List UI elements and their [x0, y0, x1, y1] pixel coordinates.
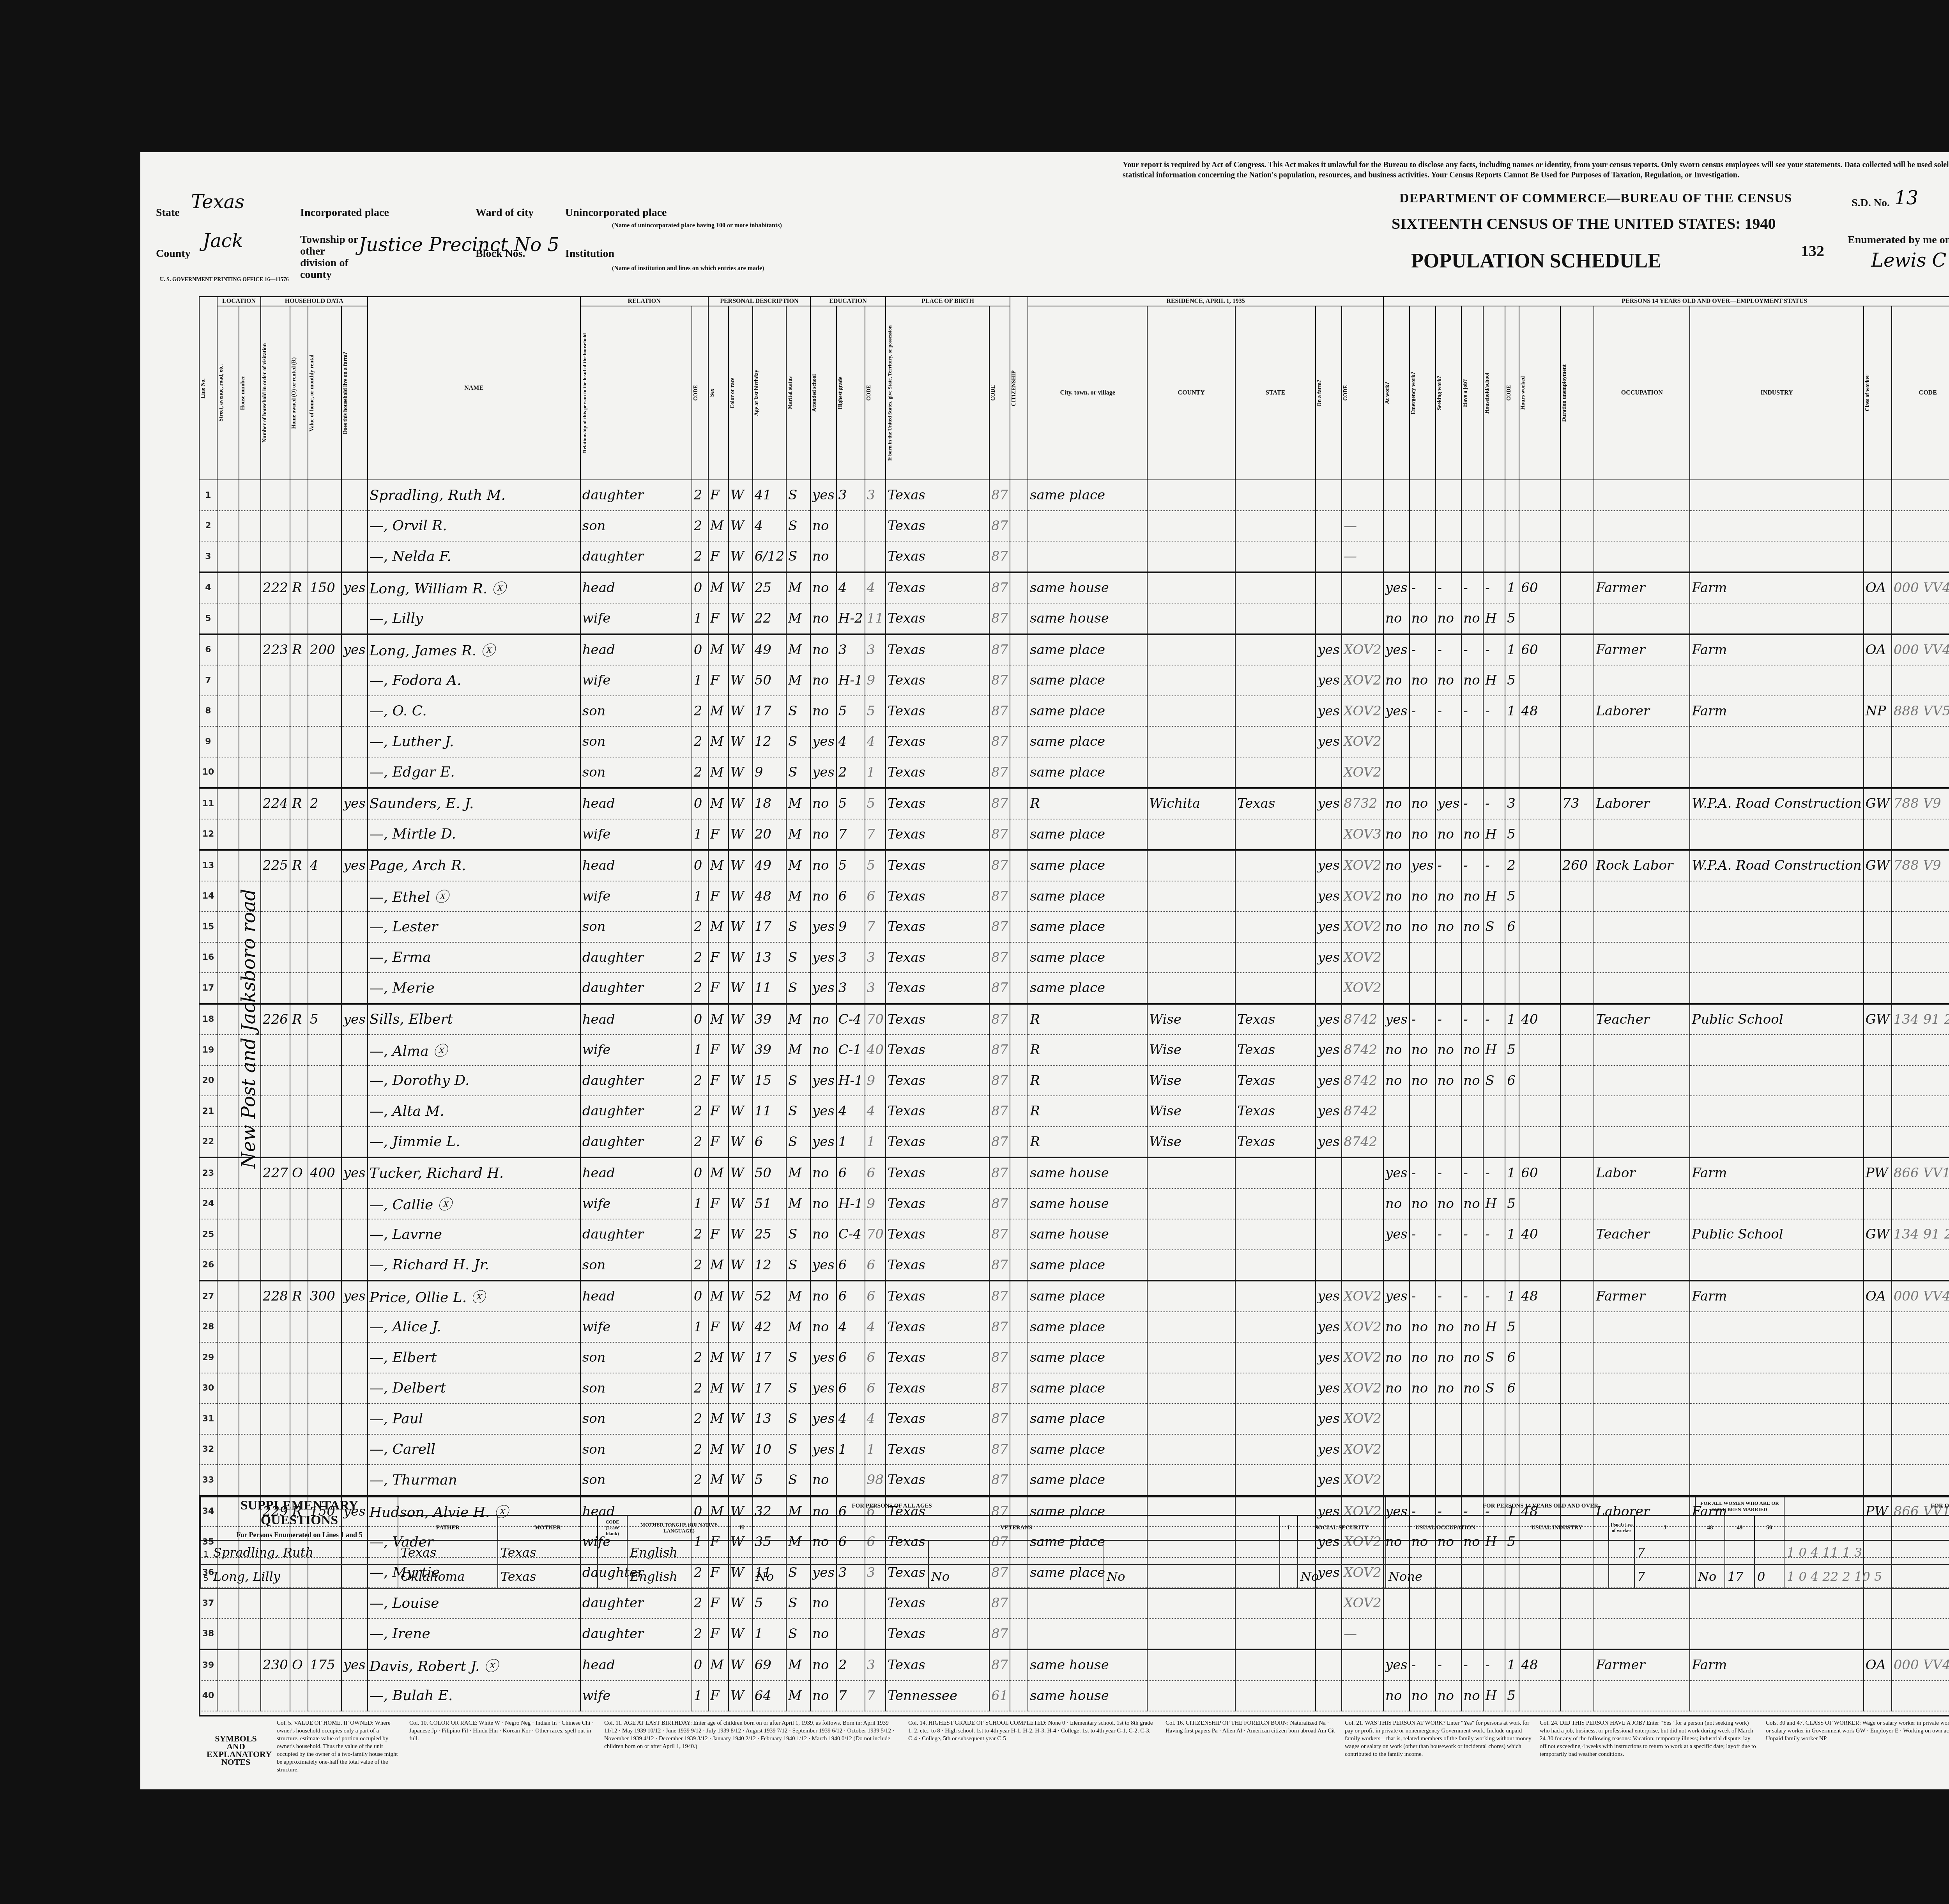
suppl-row: 5Long, LillyOklahomaTexasEnglishNoNoNoNo…: [201, 1564, 1949, 1589]
explanatory-notes: SYMBOLS AND EXPLANATORY NOTES Col. 5. VA…: [199, 1719, 1949, 1782]
cell-race: W: [729, 850, 753, 881]
cell-c21: [1383, 511, 1410, 541]
cell-d: XOV2: [1342, 1373, 1383, 1404]
cell-value: [308, 819, 341, 850]
cell-dur: [1560, 480, 1594, 511]
cell-county: [1147, 1465, 1235, 1496]
cell-race: W: [729, 788, 753, 819]
cell-rel: head: [580, 1004, 692, 1035]
cell-mar: S: [786, 1219, 810, 1250]
cell-res: R: [1028, 1127, 1147, 1158]
cell-farm35: yes: [1316, 1342, 1342, 1373]
cell-occ: Farmer: [1594, 1281, 1690, 1312]
cell-farm35: yes: [1316, 881, 1342, 912]
state-label: State: [156, 207, 180, 219]
suppl-cell-c41: No: [1104, 1564, 1280, 1589]
cell-value: [308, 603, 341, 634]
suppl-all-ages: FOR PERSONS OF ALL AGES: [398, 1497, 1386, 1515]
cell-cit: [1010, 1403, 1028, 1434]
cell-bcode: [865, 511, 886, 541]
cell-c21: no: [1383, 850, 1410, 881]
cell-c24: [1461, 1465, 1483, 1496]
cell-rel: son: [580, 1250, 692, 1281]
cell-value: [308, 696, 341, 727]
cell-cls: [1864, 819, 1892, 850]
cell-res: same place: [1028, 911, 1147, 942]
cell-own: [290, 1189, 308, 1219]
cell-age: 42: [753, 1312, 786, 1343]
cell-c22: -: [1410, 1004, 1436, 1035]
cell-cls: GW: [1864, 850, 1892, 881]
cell-farm35: yes: [1316, 1004, 1342, 1035]
line-number: 11: [199, 788, 217, 819]
cell-code: 1: [692, 665, 708, 696]
line-number: 29: [199, 1342, 217, 1373]
cell-farm35: yes: [1316, 1035, 1342, 1065]
cell-name: Saunders, E. J.: [368, 788, 580, 819]
cell-farm: [341, 757, 368, 788]
cell-sch: no: [810, 1157, 837, 1189]
cell-c25: -: [1483, 850, 1505, 881]
cell-mar: S: [786, 1096, 810, 1127]
cell-sch: no: [810, 881, 837, 912]
cell-farm: [341, 881, 368, 912]
cell-ccode: 87: [989, 942, 1010, 973]
cell-dur: [1560, 634, 1594, 665]
cell-house: [239, 696, 261, 727]
cell-cit: [1010, 788, 1028, 819]
cell-code: 2: [692, 1096, 708, 1127]
cell-occ: [1594, 1403, 1690, 1434]
cell-county: [1147, 1157, 1235, 1189]
cell-occ: [1594, 1312, 1690, 1343]
cell-sex: M: [708, 572, 729, 603]
cell-mar: S: [786, 911, 810, 942]
cell-res: R: [1028, 1096, 1147, 1127]
cell-sex: M: [708, 1373, 729, 1404]
cell-c25: H: [1483, 665, 1505, 696]
cell-ind: [1690, 942, 1863, 973]
cell-d: XOV2: [1342, 942, 1383, 973]
cell-value: [308, 1250, 341, 1281]
notes-title: SYMBOLS AND EXPLANATORY NOTES: [207, 1735, 265, 1766]
cell-occ: Teacher: [1594, 1219, 1690, 1250]
cell-cls: [1864, 541, 1892, 572]
cell-c24: [1461, 726, 1483, 757]
cell-dwell: [261, 1035, 290, 1065]
cell-own: [290, 1342, 308, 1373]
cell-rel: head: [580, 788, 692, 819]
cell-grade: 6: [837, 1157, 865, 1189]
cell-race: W: [729, 911, 753, 942]
cell-name: —, Dorothy D.: [368, 1065, 580, 1096]
cell-code: 0: [692, 850, 708, 881]
cell-c21: [1383, 757, 1410, 788]
cell-age: 13: [753, 1403, 786, 1434]
census-title: SIXTEENTH CENSUS OF THE UNITED STATES: 1…: [1392, 214, 1776, 233]
cell-cit: [1010, 911, 1028, 942]
cell-c24: [1461, 1403, 1483, 1434]
cell-sex: M: [708, 511, 729, 541]
suppl-cell-cls: [1609, 1540, 1634, 1564]
cell-c21: yes: [1383, 1004, 1410, 1035]
cell-age: 5: [753, 1465, 786, 1496]
cell-ccode: 87: [989, 1250, 1010, 1281]
cell-rel: daughter: [580, 1065, 692, 1096]
cell-rel: wife: [580, 819, 692, 850]
cell-sch: no: [810, 634, 837, 665]
cell-county: [1147, 1281, 1235, 1312]
cell-c25: -: [1483, 1004, 1505, 1035]
cell-c22: no: [1410, 1035, 1436, 1065]
cell-mar: S: [786, 942, 810, 973]
cell-f: [1892, 1373, 1949, 1404]
cell-c24: [1461, 1096, 1483, 1127]
cell-farm: [341, 1312, 368, 1343]
cell-bcode: 6: [865, 1342, 886, 1373]
suppl-cell-tongue: English: [627, 1540, 731, 1564]
cell-c24: no: [1461, 1035, 1483, 1065]
cell-sch: yes: [810, 1434, 837, 1465]
cell-farm: [341, 665, 368, 696]
cell-bcode: 6: [865, 1250, 886, 1281]
cell-birth: Texas: [886, 1004, 989, 1035]
cell-c22: [1410, 757, 1436, 788]
cell-hrs: [1519, 603, 1560, 634]
cell-c23: no: [1436, 1035, 1462, 1065]
cell-bcode: 6: [865, 881, 886, 912]
cell-c24: [1461, 757, 1483, 788]
cell-cit: [1010, 1157, 1028, 1189]
table-row: 13225R4yesPage, Arch R.head0MW49Mno55Tex…: [199, 850, 1949, 881]
cell-code: 1: [692, 1312, 708, 1343]
cell-e: 5: [1505, 881, 1519, 912]
cell-c23: no: [1436, 1065, 1462, 1096]
cell-rel: wife: [580, 665, 692, 696]
cell-age: 17: [753, 1373, 786, 1404]
cell-birth: Texas: [886, 911, 989, 942]
cell-farm35: yes: [1316, 1065, 1342, 1096]
cell-own: [290, 1465, 308, 1496]
cell-street: [217, 1065, 239, 1096]
line-number: 12: [199, 819, 217, 850]
cell-own: R: [290, 634, 308, 665]
line-number: 13: [199, 850, 217, 881]
cell-sex: F: [708, 480, 729, 511]
birth-header: PLACE OF BIRTH: [886, 297, 1010, 306]
cell-dwell: 227: [261, 1157, 290, 1189]
cell-sex: F: [708, 541, 729, 572]
cell-dwell: [261, 603, 290, 634]
cell-dwell: 225: [261, 850, 290, 881]
cell-c21: [1383, 1127, 1410, 1158]
table-row: 19—, Alma ⓧwife1FW39MnoC-140Texas87RWise…: [199, 1035, 1949, 1065]
cell-sex: F: [708, 881, 729, 912]
cell-c25: S: [1483, 1065, 1505, 1096]
cell-sch: no: [810, 1189, 837, 1219]
cell-dur: [1560, 1189, 1594, 1219]
cell-rel: son: [580, 726, 692, 757]
suppl-title: SUPPLEMENTARY QUESTIONS For Persons Enum…: [201, 1497, 398, 1540]
cell-c22: -: [1410, 572, 1436, 603]
cell-c25: H: [1483, 1035, 1505, 1065]
cell-dur: [1560, 603, 1594, 634]
cell-ccode: 87: [989, 1434, 1010, 1465]
cell-county: [1147, 480, 1235, 511]
cell-grade: 2: [837, 757, 865, 788]
cell-ccode: 87: [989, 1403, 1010, 1434]
cell-name: —, Luther J.: [368, 726, 580, 757]
cell-code: 0: [692, 1281, 708, 1312]
cell-d: 8742: [1342, 1096, 1383, 1127]
cell-sch: no: [810, 1281, 837, 1312]
line-number: 9: [199, 726, 217, 757]
cell-c24: no: [1461, 1373, 1483, 1404]
cell-mar: M: [786, 1035, 810, 1065]
cell-st: Texas: [1235, 1127, 1316, 1158]
cell-c23: -: [1436, 1004, 1462, 1035]
cell-sch: no: [810, 1035, 837, 1065]
cell-hrs: [1519, 1250, 1560, 1281]
cell-c25: [1483, 1434, 1505, 1465]
suppl-cell-c42: [1298, 1540, 1386, 1564]
suppl-cell-c40: No: [929, 1564, 1104, 1589]
cell-dwell: [261, 1127, 290, 1158]
cell-birth: Texas: [886, 1434, 989, 1465]
cell-birth: Texas: [886, 665, 989, 696]
cell-f: 866 VV1: [1892, 1157, 1949, 1189]
cell-ind: [1690, 480, 1863, 511]
cell-res: same place: [1028, 1373, 1147, 1404]
cell-mar: M: [786, 1004, 810, 1035]
table-row: 15—, Lesterson2MW17Syes97Texas87same pla…: [199, 911, 1949, 942]
cell-ind: [1690, 819, 1863, 850]
cell-dwell: [261, 911, 290, 942]
cell-race: W: [729, 1281, 753, 1312]
cell-c24: -: [1461, 1281, 1483, 1312]
cell-cit: [1010, 1096, 1028, 1127]
cell-grade: 6: [837, 1373, 865, 1404]
cell-name: —, Carell: [368, 1434, 580, 1465]
cell-res: R: [1028, 1035, 1147, 1065]
cell-street: [217, 1004, 239, 1035]
table-row: 7—, Fodora A.wife1FW50MnoH-19Texas87same…: [199, 665, 1949, 696]
cell-own: [290, 1403, 308, 1434]
cell-st: [1235, 881, 1316, 912]
cell-mar: S: [786, 696, 810, 727]
cell-farm35: [1316, 541, 1342, 572]
line-number: 21: [199, 1096, 217, 1127]
cell-dwell: 228: [261, 1281, 290, 1312]
cell-bcode: 4: [865, 1403, 886, 1434]
personal-header: PERSONAL DESCRIPTION: [708, 297, 810, 306]
cell-bcode: 4: [865, 726, 886, 757]
cell-own: [290, 480, 308, 511]
cell-c22: -: [1410, 1281, 1436, 1312]
cell-c22: [1410, 942, 1436, 973]
cell-bcode: 4: [865, 1312, 886, 1343]
cell-farm35: yes: [1316, 1403, 1342, 1434]
cell-e: [1505, 1127, 1519, 1158]
cell-d: XOV2: [1342, 1403, 1383, 1434]
cell-race: W: [729, 1157, 753, 1189]
cell-cls: OA: [1864, 572, 1892, 603]
cell-c23: -: [1436, 1157, 1462, 1189]
cell-sex: F: [708, 819, 729, 850]
line-number: 16: [199, 942, 217, 973]
line-number: 7: [199, 665, 217, 696]
cell-sch: yes: [810, 1065, 837, 1096]
suppl-cell-father: Texas: [398, 1540, 498, 1564]
cell-e: 5: [1505, 819, 1519, 850]
cell-e: 1: [1505, 1157, 1519, 1189]
cell-cit: [1010, 1065, 1028, 1096]
cell-c23: [1436, 942, 1462, 973]
cell-st: [1235, 511, 1316, 541]
cell-age: 39: [753, 1004, 786, 1035]
cell-ind: [1690, 1373, 1863, 1404]
table-row: 16—, Ermadaughter2FW13Syes33Texas87same …: [199, 942, 1949, 973]
cell-race: W: [729, 1434, 753, 1465]
cell-dwell: 223: [261, 634, 290, 665]
cell-hrs: [1519, 1373, 1560, 1404]
cell-code: 2: [692, 541, 708, 572]
cell-res: same place: [1028, 480, 1147, 511]
cell-st: Texas: [1235, 1035, 1316, 1065]
cell-dur: 260: [1560, 850, 1594, 881]
cell-c22: no: [1410, 665, 1436, 696]
cell-cls: GW: [1864, 1004, 1892, 1035]
cell-street: [217, 726, 239, 757]
cell-hrs: [1519, 819, 1560, 850]
cell-f: [1892, 911, 1949, 942]
cell-house: [239, 572, 261, 603]
cell-bcode: 3: [865, 480, 886, 511]
cell-name: Long, William R. ⓧ: [368, 572, 580, 603]
cell-code: 2: [692, 1250, 708, 1281]
cell-rel: son: [580, 1342, 692, 1373]
cell-st: [1235, 1434, 1316, 1465]
cell-ind: Farm: [1690, 1157, 1863, 1189]
cell-race: W: [729, 1004, 753, 1035]
cell-cit: [1010, 1035, 1028, 1065]
cell-cls: [1864, 603, 1892, 634]
cell-hrs: [1519, 757, 1560, 788]
cell-mar: S: [786, 1127, 810, 1158]
cell-cls: [1864, 1189, 1892, 1219]
cell-race: W: [729, 1219, 753, 1250]
cell-grade: 6: [837, 1281, 865, 1312]
cell-c24: [1461, 973, 1483, 1004]
cell-c21: no: [1383, 665, 1410, 696]
enumerator-signature: Lewis C Boyd: [1871, 250, 1949, 271]
table-row: 32—, Carellson2MW10Syes11Texas87same pla…: [199, 1434, 1949, 1465]
cell-own: O: [290, 1157, 308, 1189]
cell-grade: 4: [837, 726, 865, 757]
cell-ind: Farm: [1690, 572, 1863, 603]
cell-code: 2: [692, 1065, 708, 1096]
cell-c24: [1461, 480, 1483, 511]
cell-own: [290, 541, 308, 572]
cell-occ: [1594, 603, 1690, 634]
cell-street: [217, 1035, 239, 1065]
cell-dur: [1560, 1281, 1594, 1312]
cell-value: 200: [308, 634, 341, 665]
cell-e: 5: [1505, 603, 1519, 634]
cell-occ: Labor: [1594, 1157, 1690, 1189]
cell-c24: [1461, 541, 1483, 572]
cell-f: 000 VV4: [1892, 634, 1949, 665]
cell-res: same place: [1028, 726, 1147, 757]
incorporated-place-label: Incorporated place: [300, 207, 389, 219]
cell-cls: OA: [1864, 634, 1892, 665]
cell-mar: M: [786, 634, 810, 665]
cell-ind: [1690, 1065, 1863, 1096]
cell-farm35: [1316, 1157, 1342, 1189]
cell-c25: -: [1483, 696, 1505, 727]
cell-house: [239, 480, 261, 511]
cell-c23: [1436, 1127, 1462, 1158]
cell-mar: S: [786, 1434, 810, 1465]
suppl-cell-father: Oklahoma: [398, 1564, 498, 1589]
cell-farm35: yes: [1316, 1127, 1342, 1158]
cell-street: [217, 665, 239, 696]
cell-ind: Farm: [1690, 634, 1863, 665]
cell-rel: head: [580, 634, 692, 665]
cell-occ: [1594, 1373, 1690, 1404]
cell-own: [290, 881, 308, 912]
cell-grade: C-1: [837, 1035, 865, 1065]
cell-cit: [1010, 1004, 1028, 1035]
cell-c24: -: [1461, 572, 1483, 603]
cell-grade: 3: [837, 942, 865, 973]
cell-own: [290, 726, 308, 757]
cell-own: [290, 1096, 308, 1127]
cell-c22: no: [1410, 1189, 1436, 1219]
cell-street: [217, 973, 239, 1004]
cell-dwell: [261, 726, 290, 757]
cell-c25: [1483, 1403, 1505, 1434]
table-row: 28—, Alice J.wife1FW42Mno44Texas87same p…: [199, 1312, 1949, 1343]
sd-value: 13: [1894, 187, 1918, 209]
cell-race: W: [729, 819, 753, 850]
cell-mar: S: [786, 1403, 810, 1434]
cell-age: 48: [753, 881, 786, 912]
line-number: 26: [199, 1250, 217, 1281]
cell-c25: [1483, 1096, 1505, 1127]
cell-mar: S: [786, 757, 810, 788]
cell-farm: [341, 603, 368, 634]
cell-e: 1: [1505, 1219, 1519, 1250]
cell-d: XOV2: [1342, 881, 1383, 912]
cell-dur: [1560, 1342, 1594, 1373]
cell-c23: -: [1436, 572, 1462, 603]
cell-cls: [1864, 1312, 1892, 1343]
cell-grade: C-4: [837, 1004, 865, 1035]
suppl-cell-c49: [1725, 1540, 1754, 1564]
cell-cls: PW: [1864, 1157, 1892, 1189]
cell-value: [308, 1127, 341, 1158]
cell-value: 300: [308, 1281, 341, 1312]
cell-sex: F: [708, 1035, 729, 1065]
cell-age: 49: [753, 850, 786, 881]
cell-race: W: [729, 1035, 753, 1065]
cell-race: W: [729, 603, 753, 634]
cell-code: 2: [692, 942, 708, 973]
table-row: 4222R150yesLong, William R. ⓧhead0MW25Mn…: [199, 572, 1949, 603]
cell-farm: [341, 911, 368, 942]
cell-ccode: 87: [989, 850, 1010, 881]
